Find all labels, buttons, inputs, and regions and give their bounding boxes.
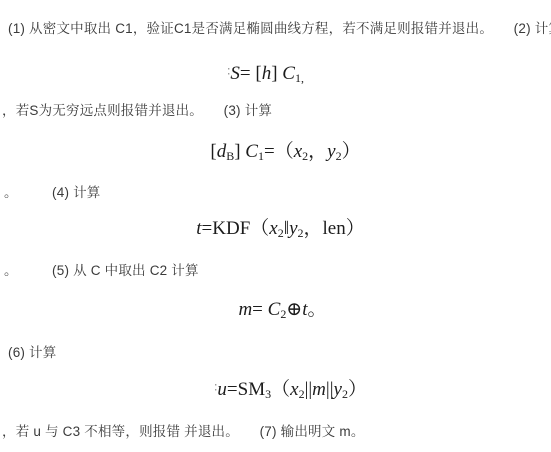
formula-segment: ]	[234, 141, 245, 162]
formula-segment: C	[245, 141, 258, 162]
formula-segment: u	[217, 379, 227, 400]
formula-segment: （	[275, 141, 294, 162]
formula-segment: =SM	[227, 379, 265, 400]
formula-segment: =	[264, 141, 275, 162]
step-6-tail-and-7-text: ，若 u 与 C3 不相等，则报错 并退出。 (7) 输出明文 m。	[2, 423, 365, 440]
formula-segment: x	[290, 379, 298, 400]
formula-segment: m	[312, 379, 326, 400]
formula-segment: x	[269, 218, 277, 239]
display-formula-m-xor: m= C2⊕t。	[7, 298, 551, 326]
step-4-tail-and-5-text: 。 (5) 从 C 中取出 C2 计算	[4, 262, 199, 279]
formula-segment: （	[271, 379, 290, 400]
formula-segment: y	[327, 141, 335, 162]
step-2-tail-and-3-text: ，若S为无穷远点则报错并退出。 (3) 计算	[2, 102, 272, 119]
display-formula-db-c1: [dB] C1=（x2，y2）	[10, 140, 551, 168]
formula-segment: S	[230, 63, 240, 84]
display-formula-s-equals-h-c1: ∶S= [h] C1,	[0, 60, 541, 90]
formula-segment: = [	[240, 63, 262, 84]
formula-segment: ）	[348, 379, 367, 400]
formula-segment: =KDF	[202, 218, 251, 239]
document-page: (1) 从密文中取出 C1，验证C1是否满足椭圆曲线方程，若不满足则报错并退出。…	[0, 0, 551, 452]
formula-segment: x	[294, 141, 302, 162]
formula-segment: ||	[326, 379, 334, 400]
formula-segment: ]	[271, 63, 282, 84]
formula-segment: =	[252, 299, 267, 320]
step-1-and-2-text: (1) 从密文中取出 C1，验证C1是否满足椭圆曲线方程，若不满足则报错并退出。…	[8, 20, 551, 37]
formula-segment: ⊕	[286, 299, 302, 320]
formula-segment: ）	[346, 218, 365, 239]
formula-segment: C	[282, 63, 295, 84]
formula-segment: len	[323, 218, 346, 239]
formula-segment: ,	[301, 71, 304, 85]
formula-segment: 。	[308, 299, 327, 320]
formula-segment: ，	[308, 141, 327, 162]
formula-segment: C	[268, 299, 281, 320]
formula-segment: d	[217, 141, 227, 162]
formula-segment: （	[250, 218, 269, 239]
display-formula-u-sm3: ∶u=SM3（x2||m||y2）	[15, 376, 551, 406]
formula-segment: y	[289, 218, 297, 239]
formula-segment: ，	[304, 218, 323, 239]
formula-segment: y	[334, 379, 342, 400]
formula-segment: h	[262, 63, 272, 84]
formula-segment: ）	[342, 141, 361, 162]
step-3-tail-and-4-text: 。 (4) 计算	[4, 184, 101, 201]
step-6-text: (6) 计算	[8, 344, 56, 361]
display-formula-t-kdf: t=KDF（x2‖y2，len）	[5, 217, 551, 245]
formula-segment: m	[238, 299, 252, 320]
